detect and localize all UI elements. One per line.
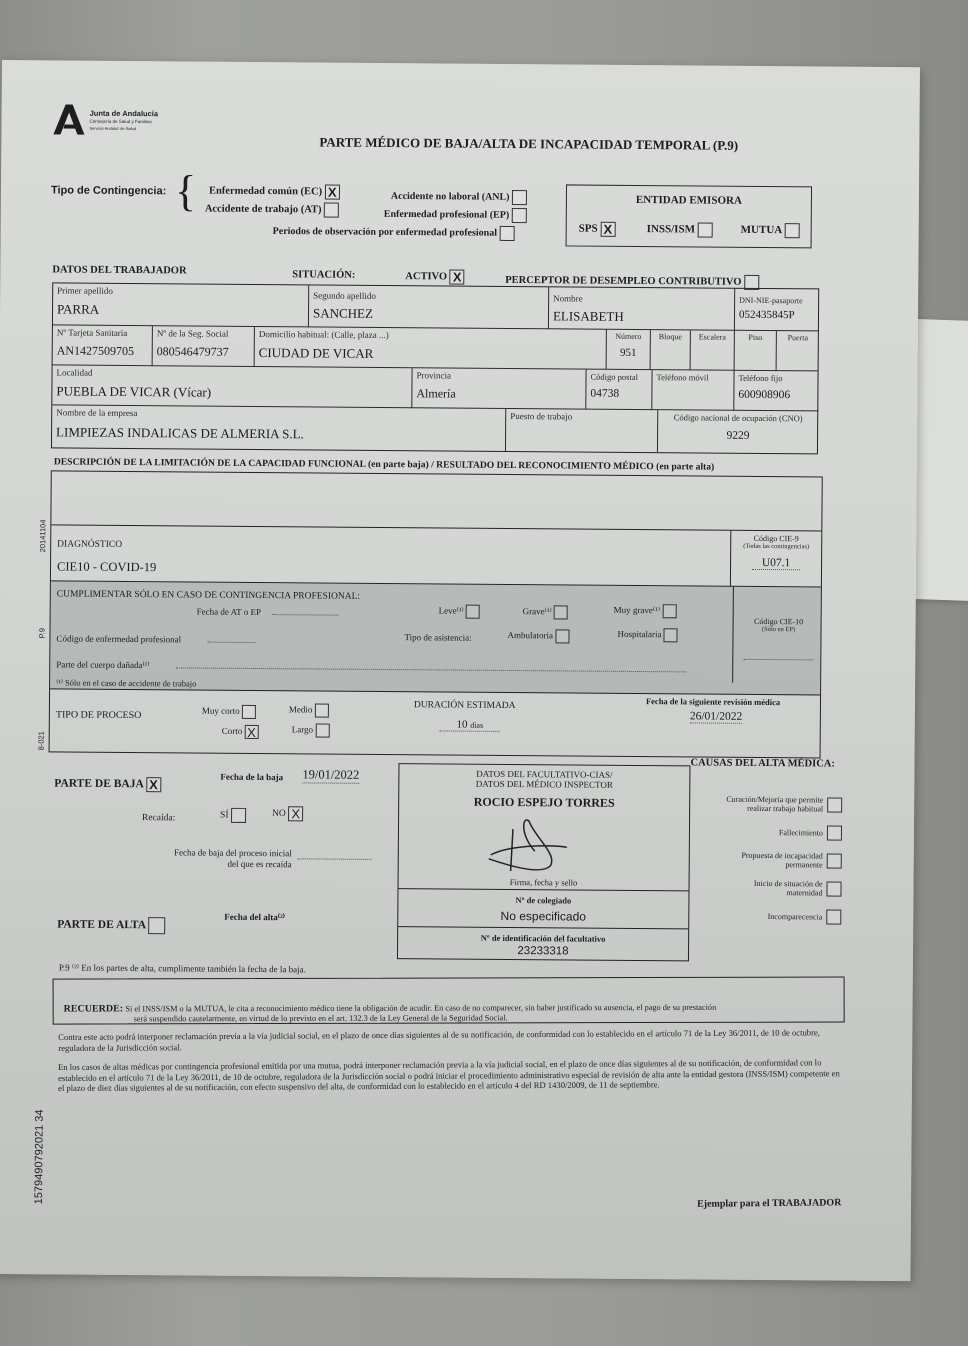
process-muy-corto[interactable]: Muy corto bbox=[202, 705, 256, 719]
reminder-box: RECUERDE: Si el INSS/ISM o la MUTUA, le … bbox=[53, 977, 845, 1025]
contingency-observation[interactable]: Periodos de observación por enfermedad p… bbox=[273, 224, 515, 241]
relapse-no[interactable]: NO X bbox=[272, 806, 303, 821]
entity-mutua[interactable]: MUTUA bbox=[741, 223, 800, 238]
process-largo[interactable]: Largo bbox=[292, 723, 330, 737]
legal-text-1: Contra este acto podrá interponer reclam… bbox=[58, 1027, 848, 1053]
limitation-description-field[interactable] bbox=[51, 471, 821, 531]
dni-value: 052435845P bbox=[739, 309, 815, 322]
assistance-hospitalaria[interactable]: Hospitalaria bbox=[617, 628, 677, 642]
divider bbox=[398, 888, 688, 892]
landline-value: 600908906 bbox=[738, 389, 814, 402]
limitation-title: DESCRIPCIÓN DE LA LIMITACIÓN DE LA CAPAC… bbox=[54, 456, 714, 472]
first-surname-value: PARRA bbox=[57, 301, 304, 319]
at-ep-date-field[interactable] bbox=[273, 614, 339, 616]
divider bbox=[732, 587, 734, 683]
cause-permanent-incapacity[interactable]: Propuesta de incapacidadpermanente bbox=[686, 845, 842, 874]
relapse-yes[interactable]: SÍ bbox=[220, 808, 246, 823]
social-security-cell: Nº de la Seg. Social 080546479737 bbox=[153, 326, 255, 367]
diagnosis-cell: DIAGNÓSTICO CIE10 - COVID-19 bbox=[51, 525, 731, 586]
checkbox-grave[interactable] bbox=[554, 605, 568, 619]
reminder-text-2: será suspendido cautelarmente, en virtud… bbox=[134, 1013, 508, 1023]
leave-footnote: P.9 ⁽²⁾ En los partes de alta, cumplimen… bbox=[59, 962, 306, 975]
disease-code-field[interactable] bbox=[207, 642, 255, 643]
margin-code-top: 20141104 bbox=[38, 519, 47, 552]
second-surname-value: SANCHEZ bbox=[313, 305, 544, 323]
block-cell: Bloque bbox=[651, 330, 691, 370]
checkbox-medio[interactable] bbox=[315, 703, 329, 717]
address-value: CIUDAD DE VICAR bbox=[259, 345, 602, 364]
cause-no-show[interactable]: Incomparecencia bbox=[685, 901, 841, 930]
discharge-causes-list: Curación/Mejoría que permiterealizar tra… bbox=[685, 789, 842, 930]
checkbox-relapse-yes[interactable] bbox=[231, 808, 246, 823]
checkbox-muy-grave[interactable] bbox=[662, 604, 676, 618]
worker-data-table: Primer apellido PARRA Segundo apellido S… bbox=[51, 282, 819, 454]
company-cell: Nombre de la empresa LIMPIEZAS INDALICAS… bbox=[52, 405, 506, 451]
checkbox-inss[interactable] bbox=[698, 222, 713, 237]
floor-cell: Piso bbox=[735, 331, 777, 371]
initial-date-label: Fecha de baja del proceso inicial del qu… bbox=[156, 847, 292, 870]
name-cell: Nombre ELISABETH bbox=[549, 287, 735, 330]
checkbox-largo[interactable] bbox=[315, 723, 329, 737]
checkbox-cause-maternity[interactable] bbox=[826, 881, 841, 896]
body-part-label: Parte del cuerpo dañada⁽¹⁾ bbox=[56, 659, 686, 675]
brace: { bbox=[175, 169, 196, 213]
checkbox-cause-death[interactable] bbox=[827, 825, 842, 840]
checkbox-ec[interactable]: X bbox=[325, 185, 340, 200]
cause-death[interactable]: Fallecimiento bbox=[686, 817, 842, 846]
checkbox-active[interactable]: X bbox=[450, 270, 465, 285]
process-corto[interactable]: Corto X bbox=[222, 725, 259, 739]
reminder-text: RECUERDE: Si el INSS/ISM o la MUTUA, le … bbox=[64, 1002, 717, 1015]
parte-alta[interactable]: PARTE DE ALTA bbox=[57, 916, 165, 934]
checkbox-mutua[interactable] bbox=[784, 223, 799, 238]
checkbox-at[interactable] bbox=[324, 203, 339, 218]
parte-baja[interactable]: PARTE DE BAJA X bbox=[54, 776, 161, 792]
contingency-ep[interactable]: Enfermedad profesional (EP) bbox=[384, 207, 527, 223]
baja-date-label: Fecha de la baja bbox=[220, 772, 283, 782]
doctor-id-value: 23233318 bbox=[398, 944, 688, 958]
medical-data-table: DIAGNÓSTICO CIE10 - COVID-19 Código CIE-… bbox=[49, 470, 823, 758]
process-row: TIPO DE PROCESO Muy corto Medio Corto X … bbox=[50, 689, 820, 757]
diagnosis-value: CIE10 - COVID-19 bbox=[57, 559, 156, 575]
collegiate-label: Nº de colegiado bbox=[398, 894, 688, 906]
relapse-label: Recaída: bbox=[142, 813, 175, 823]
mobile-cell: Teléfono móvil bbox=[652, 370, 734, 411]
checkbox-ambulatoria[interactable] bbox=[555, 629, 569, 643]
cause-cure[interactable]: Curación/Mejoría que permiterealizar tra… bbox=[686, 789, 842, 818]
checkbox-cause-cure[interactable] bbox=[827, 797, 842, 812]
duration-field[interactable]: 10 días bbox=[440, 718, 500, 731]
doctor-name: ROCIO ESPEJO TORRES bbox=[399, 794, 689, 811]
collegiate-value: No especificado bbox=[398, 908, 688, 924]
province-cell: Provincia Almería bbox=[412, 368, 586, 409]
alta-date-label: Fecha del alta⁽²⁾ bbox=[224, 912, 285, 923]
professional-footnote: ⁽¹⁾ Sólo en el caso de accidente de trab… bbox=[56, 677, 196, 689]
locality-cell: Localidad PUEBLA DE VICAR (Vícar) bbox=[52, 365, 412, 408]
initial-date-field[interactable] bbox=[298, 858, 372, 860]
name-value: ELISABETH bbox=[553, 308, 730, 325]
number-value: 951 bbox=[611, 347, 646, 359]
doctor-id-label: Nº de identificación del facultativo bbox=[398, 932, 688, 944]
professional-contingency-section: CUMPLIMENTAR SÓLO EN CASO DE CONTINGENCI… bbox=[50, 581, 821, 695]
health-card-cell: Nº Tarjeta Sanitaria AN1427509705 bbox=[53, 325, 153, 366]
barcode-number: 1579490792021 34 bbox=[33, 1109, 46, 1204]
severity-muy-grave[interactable]: Muy grave⁽¹⁾ bbox=[614, 604, 677, 618]
signature-label: Firma, fecha y sello bbox=[399, 876, 689, 888]
postal-code-cell: Código postal 04738 bbox=[586, 370, 652, 411]
doctor-box: DATOS DEL FACULTATIVO-CIAS/ DATOS DEL MÉ… bbox=[397, 763, 691, 961]
duration-label: DURACIÓN ESTIMADA bbox=[414, 700, 516, 711]
address-cell: Domicilio habitual: (Calle, plaza ...) C… bbox=[255, 327, 607, 370]
cno-value: 9229 bbox=[662, 429, 814, 442]
diagnosis-label: DIAGNÓSTICO bbox=[57, 539, 122, 550]
form-title: PARTE MÉDICO DE BAJA/ALTA DE INCAPACIDAD… bbox=[319, 134, 738, 153]
situation-active[interactable]: ACTIVO X bbox=[405, 269, 465, 284]
company-value: LIMPIEZAS INDALICAS DE ALMERIA S.L. bbox=[56, 424, 501, 443]
at-ep-date-label: Fecha de AT o EP bbox=[197, 607, 339, 618]
body-part-field[interactable] bbox=[176, 667, 686, 672]
social-security-value: 080546479737 bbox=[157, 344, 250, 360]
landline-cell: Teléfono fijo 600908906 bbox=[734, 371, 818, 412]
process-label: TIPO DE PROCESO bbox=[56, 709, 142, 721]
cie9-value: U07.1 bbox=[752, 557, 801, 570]
checkbox-leve[interactable] bbox=[466, 605, 480, 619]
checkbox-cause-no-show[interactable] bbox=[826, 909, 841, 924]
second-surname-cell: Segundo apellido SANCHEZ bbox=[309, 285, 549, 329]
divider bbox=[398, 926, 688, 930]
assistance-label: Tipo de asistencia: bbox=[404, 632, 471, 643]
disease-code-label: Código de enfermedad profesional bbox=[56, 633, 255, 645]
checkbox-anl[interactable] bbox=[512, 190, 527, 205]
checkbox-cause-permanent[interactable] bbox=[827, 853, 842, 868]
cie9-cell: Código CIE-9 (Todas las contingencias) U… bbox=[731, 531, 821, 588]
doctor-title: DATOS DEL FACULTATIVO-CIAS/ DATOS DEL MÉ… bbox=[399, 768, 689, 790]
entity-sps[interactable]: SPS X bbox=[579, 222, 616, 237]
assistance-ambulatoria[interactable]: Ambulatoria bbox=[507, 629, 569, 643]
contingency-anl[interactable]: Accidente no laboral (ANL) bbox=[391, 189, 527, 205]
checkbox-ep[interactable] bbox=[512, 208, 527, 223]
issuing-entity-title: ENTIDAD EMISORA bbox=[567, 193, 811, 207]
cno-cell: Código nacional de ocupación (CNO) 9229 bbox=[658, 410, 818, 453]
checkbox-relapse-no[interactable]: X bbox=[288, 806, 303, 821]
medical-leave-form: Junta de Andalucía Consejería de Salud y… bbox=[0, 60, 920, 1281]
contingency-ec[interactable]: Enfermedad común (EC) X bbox=[209, 184, 340, 200]
contingency-at[interactable]: Accidente de trabajo (AT) bbox=[205, 202, 339, 218]
checkbox-corto[interactable]: X bbox=[244, 725, 258, 739]
locality-value: PUEBLA DE VICAR (Vícar) bbox=[56, 383, 407, 402]
worker-section-title: DATOS DEL TRABAJADOR bbox=[52, 264, 186, 276]
dni-cell: DNI-NIE-pasaporte 052435845P bbox=[735, 289, 819, 332]
checkbox-parte-baja[interactable]: X bbox=[146, 777, 161, 792]
next-review-label: Fecha de la siguiente revisión médica bbox=[646, 696, 780, 707]
checkbox-parte-alta[interactable] bbox=[148, 917, 165, 934]
discharge-causes-title: CAUSAS DEL ALTA MÉDICA: bbox=[690, 757, 835, 769]
next-review-value[interactable]: 26/01/2022 bbox=[690, 710, 742, 723]
health-card-value: AN1427509705 bbox=[57, 343, 148, 359]
contingency-label: Tipo de Contingencia: bbox=[51, 184, 166, 197]
situation-label: SITUACIÓN: bbox=[292, 269, 355, 280]
checkbox-muy-corto[interactable] bbox=[242, 705, 256, 719]
baja-date-value[interactable]: 19/01/2022 bbox=[302, 767, 359, 783]
stair-cell: Escalera bbox=[691, 330, 735, 370]
copy-label: Ejemplar para el TRABAJADOR bbox=[697, 1197, 841, 1209]
checkbox-hospitalaria[interactable] bbox=[664, 628, 678, 642]
entity-inss[interactable]: INSS/ISM bbox=[647, 222, 713, 238]
cie10-cell: Código CIE-10 (Sólo en EP) bbox=[738, 617, 818, 666]
province-value: Almería bbox=[416, 386, 581, 402]
process-medio[interactable]: Medio bbox=[289, 703, 329, 717]
postal-code-value: 04738 bbox=[590, 388, 647, 400]
door-cell: Puerta bbox=[777, 331, 819, 371]
junta-logo: Junta de Andalucía Consejería de Salud y… bbox=[51, 102, 85, 141]
legal-text-2: En los casos de altas médicas por contin… bbox=[58, 1057, 848, 1093]
margin-code-low: 8-021 bbox=[37, 731, 46, 750]
severity-leve[interactable]: Leve⁽¹⁾ bbox=[439, 604, 480, 618]
job-cell: Puesto de trabajo bbox=[506, 409, 658, 452]
margin-code-mid: P.9 bbox=[37, 628, 46, 638]
checkbox-sps[interactable]: X bbox=[600, 222, 615, 237]
cause-maternity[interactable]: Inicio de situación dematernidad bbox=[685, 873, 841, 902]
org-name: Junta de Andalucía bbox=[90, 109, 159, 119]
issuing-entity-box: ENTIDAD EMISORA SPS X INSS/ISM MUTUA bbox=[566, 184, 812, 248]
signature-icon bbox=[483, 817, 573, 874]
professional-title: CUMPLIMENTAR SÓLO EN CASO DE CONTINGENCI… bbox=[57, 589, 360, 601]
cie10-field[interactable] bbox=[743, 659, 813, 661]
org-sub2: Servicio Andaluz de Salud bbox=[89, 126, 136, 131]
checkbox-observation[interactable] bbox=[499, 226, 514, 241]
severity-grave[interactable]: Grave⁽¹⁾ bbox=[523, 605, 568, 619]
org-sub1: Consejería de Salud y Familias bbox=[90, 119, 152, 124]
junta-a-logo-icon bbox=[51, 102, 85, 136]
number-cell: Número 951 bbox=[607, 330, 651, 370]
first-surname-cell: Primer apellido PARRA bbox=[53, 283, 309, 327]
